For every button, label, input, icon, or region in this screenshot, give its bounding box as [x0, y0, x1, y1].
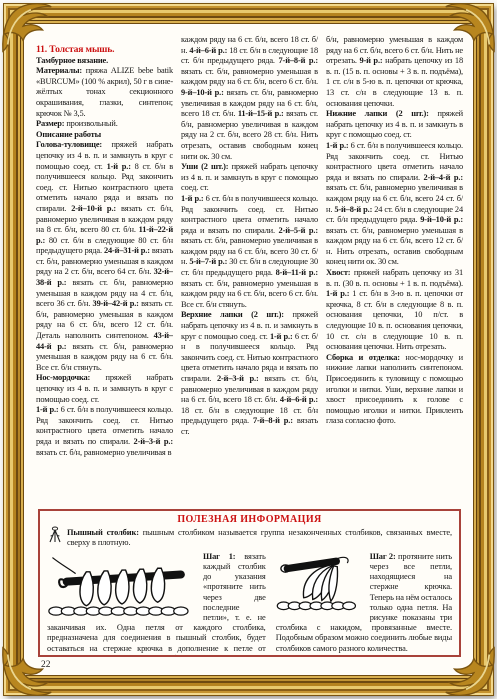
article-columns: 11. Толстая мышь.Тамбурное вязание.Матер…	[36, 35, 463, 503]
text-run: вязать ст. б/н, равномерно уменьшая в ка…	[326, 226, 463, 267]
text-column-1: 11. Толстая мышь.Тамбурное вязание.Матер…	[36, 35, 173, 503]
body-paragraph: Верхние лапки (2 шт.): пряжей набрать це…	[181, 310, 318, 437]
corner-ornament-icon	[439, 641, 497, 699]
page-content: 11. Толстая мышь.Тамбурное вязание.Матер…	[36, 35, 463, 672]
bold-run: 4-й–6-й р.:	[189, 46, 227, 55]
step-1-label: Шаг 1:	[203, 552, 235, 561]
bold-run: 1-й р.:	[107, 162, 131, 171]
bold-run: Нижние лапки (2 шт.):	[326, 109, 429, 118]
body-paragraph: Хвост: пряжей набрать цепочку из 31 в. п…	[326, 268, 463, 353]
body-paragraph: Материалы: пряжа ALIZE bebe batik «BURCU…	[36, 66, 173, 119]
info-box-intro-text: Пышный столбик: пышным столбиком называе…	[67, 528, 452, 547]
text-run: произвольный.	[64, 119, 117, 128]
body-paragraph: Нижние лапки (2 шт.): пряжей набрать цеп…	[326, 109, 463, 141]
bold-run: 24-й–31-й р.:	[104, 246, 150, 255]
text-run: 1 ст. б/н в 3-ю в. п. цепочки от крючка,…	[326, 289, 463, 351]
body-paragraph: Сборка и отделка: нос-мордочку и нижние …	[326, 353, 463, 427]
bold-run: Размер:	[36, 119, 64, 128]
body-paragraph: 1-й р.: 6 ст. б/н в получившееся кольцо.…	[36, 405, 173, 458]
text-column-2: каждом ряду на 6 ст. б/н, всего 18 ст. б…	[181, 35, 318, 503]
bold-run: 2-й–5-й р.:	[279, 226, 318, 235]
bold-run: 1-й р.:	[326, 289, 349, 298]
bold-run: 2-й–3-й р.:	[217, 374, 259, 383]
info-box: ПОЛЕЗНАЯ ИНФОРМАЦИЯ Пышный столбик: пышн…	[38, 509, 461, 657]
text-run: вязать ст. б/н, равномерно увеличивая в	[36, 448, 171, 457]
bold-run: Голова-туловище:	[36, 140, 102, 149]
text-column-3: б/н, равномерно уменьшая в каждом ряду н…	[326, 35, 463, 503]
bold-run: 7-й–8-й р.:	[253, 416, 293, 425]
bold-run: 2-й–3-й р.:	[134, 437, 173, 446]
bold-run: 1-й р.:	[326, 141, 349, 150]
step-2-label: Шаг 2:	[370, 552, 396, 561]
puff-stitch-symbol-icon	[47, 526, 63, 544]
body-paragraph: каждом ряду на 6 ст. б/н, всего 18 ст. б…	[181, 35, 318, 162]
bold-run: 7-й–8-й р.:	[279, 56, 318, 65]
body-paragraph: Нос-мордочка: пряжей набрать цепочку из …	[36, 373, 173, 405]
bold-run: 5-й–7-й р.:	[189, 257, 227, 266]
bold-run: Материалы:	[36, 66, 82, 75]
page-surface: 11. Толстая мышь.Тамбурное вязание.Матер…	[21, 21, 476, 678]
bold-run: Сборка и отделка:	[326, 353, 400, 362]
crochet-step1-diagram	[47, 554, 197, 620]
bold-run: 1-й р.:	[181, 194, 204, 203]
book-page: 11. Толстая мышь.Тамбурное вязание.Матер…	[0, 0, 497, 699]
body-paragraph: 1-й р.: 6 ст. б/н в получившееся кольцо.…	[181, 194, 318, 311]
bold-run: Описание работы	[36, 130, 101, 139]
bold-run: 4-й–6-й р.:	[280, 395, 318, 404]
body-paragraph: Уши (2 шт.): пряжей набрать цепочку из 4…	[181, 162, 318, 194]
bold-run: 9-й–10-й р.:	[420, 215, 463, 224]
corner-ornament-icon	[439, 0, 497, 58]
bold-run: 2-й–10-й р.:	[71, 204, 116, 213]
bold-run: 11-й–15-й р.:	[238, 109, 284, 118]
bold-run: 39-й–42-й р.:	[93, 299, 139, 308]
bold-run: Хвост:	[326, 268, 350, 277]
bold-run: 9-й–10-й р.:	[181, 88, 224, 97]
bold-run: 1-й р.:	[270, 332, 293, 341]
bold-run: 5-й–8-й р.:	[334, 205, 372, 214]
step-2-block: Шаг 2: протяните нить через все петли, н…	[276, 552, 452, 657]
bold-run: 1-й р.:	[36, 405, 59, 414]
text-run: вязать ст. б/н, равномерно уменьшая в ка…	[181, 67, 318, 87]
body-paragraph: Голова-туловище: пряжей набрать цепочку …	[36, 140, 173, 373]
bold-run: Уши (2 шт.):	[181, 162, 228, 171]
bold-run: Пышный столбик:	[67, 528, 139, 537]
text-run: нос-мордочку и нижние лапки наполнить си…	[326, 353, 463, 426]
info-box-intro: Пышный столбик: пышным столбиком называе…	[67, 528, 452, 549]
body-paragraph: Размер: произвольный.	[36, 119, 173, 130]
step-1-block: Шаг 1: вязать каждый столбик до указания…	[47, 552, 266, 657]
bold-run: Нос-мордочка:	[36, 373, 90, 382]
bold-run: 2-й–4-й р.:	[424, 173, 463, 182]
corner-ornament-icon	[0, 641, 58, 699]
crochet-step2-diagram	[276, 554, 364, 614]
text-run: вязать ст. б/н, равномерно уменьшая в ка…	[181, 279, 318, 309]
bold-run: 9-й р.:	[359, 56, 382, 65]
corner-ornament-icon	[0, 0, 58, 58]
body-paragraph: Описание работы	[36, 130, 173, 141]
bold-run: Верхние лапки (2 шт.):	[181, 310, 284, 319]
bold-run: 8-й–11-й р.:	[276, 268, 318, 277]
info-box-title: ПОЛЕЗНАЯ ИНФОРМАЦИЯ	[47, 514, 452, 525]
body-paragraph: 1-й р.: 6 ст. б/н в получившееся кольцо.…	[326, 141, 463, 268]
info-box-steps: Шаг 1: вязать каждый столбик до указания…	[47, 552, 452, 657]
